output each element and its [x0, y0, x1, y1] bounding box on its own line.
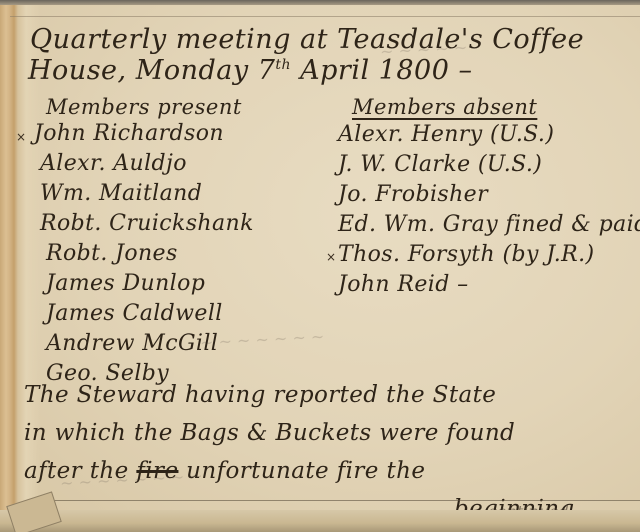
absent-member: Alexr. Henry (U.S.) [338, 120, 640, 150]
manuscript-page: ~ ~ ~ ~ ~ ~ ~ ~ ~ ~ ~ ~ ~ ~ ~ ~ ~ ~ ~ ~ … [0, 0, 640, 532]
paragraph-line-3: after the fire unfortunate fire the [24, 452, 624, 490]
absent-member: John Reid – [338, 270, 640, 300]
present-member: John Richardson [34, 119, 254, 149]
struck-word: fire [136, 458, 178, 484]
title-date-prefix: House, Monday 7 [28, 55, 275, 86]
absent-member: Jo. Frobisher [338, 180, 640, 210]
present-member: James Caldwell [34, 299, 254, 329]
present-member: Alexr. Auldjo [34, 149, 254, 179]
title-date-suffix: April 1800 – [291, 55, 472, 86]
present-member: Robt. Jones [34, 239, 254, 269]
bottom-rule-line [30, 500, 640, 501]
present-member: James Dunlop [34, 269, 254, 299]
paragraph-line-2: in which the Bags & Buckets were found [24, 414, 624, 452]
absent-member: Thos. Forsyth (by J.R.) [338, 240, 640, 270]
line-3-start: after the [24, 458, 136, 484]
title-date-ordinal: th [275, 57, 291, 73]
cross-mark-icon: × [326, 250, 336, 264]
top-rule-line [10, 16, 640, 17]
meeting-title-line-1: Quarterly meeting at Teasdale's Coffee [30, 24, 584, 55]
members-absent-header: Members absent [352, 95, 537, 119]
absent-member: J. W. Clarke (U.S.) [338, 150, 640, 180]
absent-member: Ed. Wm. Gray fined & paid [338, 210, 640, 240]
present-member: Wm. Maitland [34, 179, 254, 209]
meeting-title-line-2: House, Monday 7th April 1800 – [28, 55, 472, 86]
page-top-edge [0, 0, 640, 5]
paragraph-line-1: The Steward having reported the State [24, 376, 624, 414]
members-absent-list: Alexr. Henry (U.S.) J. W. Clarke (U.S.) … [338, 120, 640, 300]
cross-mark-icon: × [16, 130, 26, 144]
line-3-end: unfortunate fire the [178, 458, 425, 484]
present-member: Andrew McGill [34, 329, 254, 359]
members-present-list: John Richardson Alexr. Auldjo Wm. Maitla… [34, 119, 254, 389]
members-present-header: Members present [46, 95, 242, 119]
page-bottom-edge [0, 510, 640, 532]
present-member: Robt. Cruickshank [34, 209, 254, 239]
